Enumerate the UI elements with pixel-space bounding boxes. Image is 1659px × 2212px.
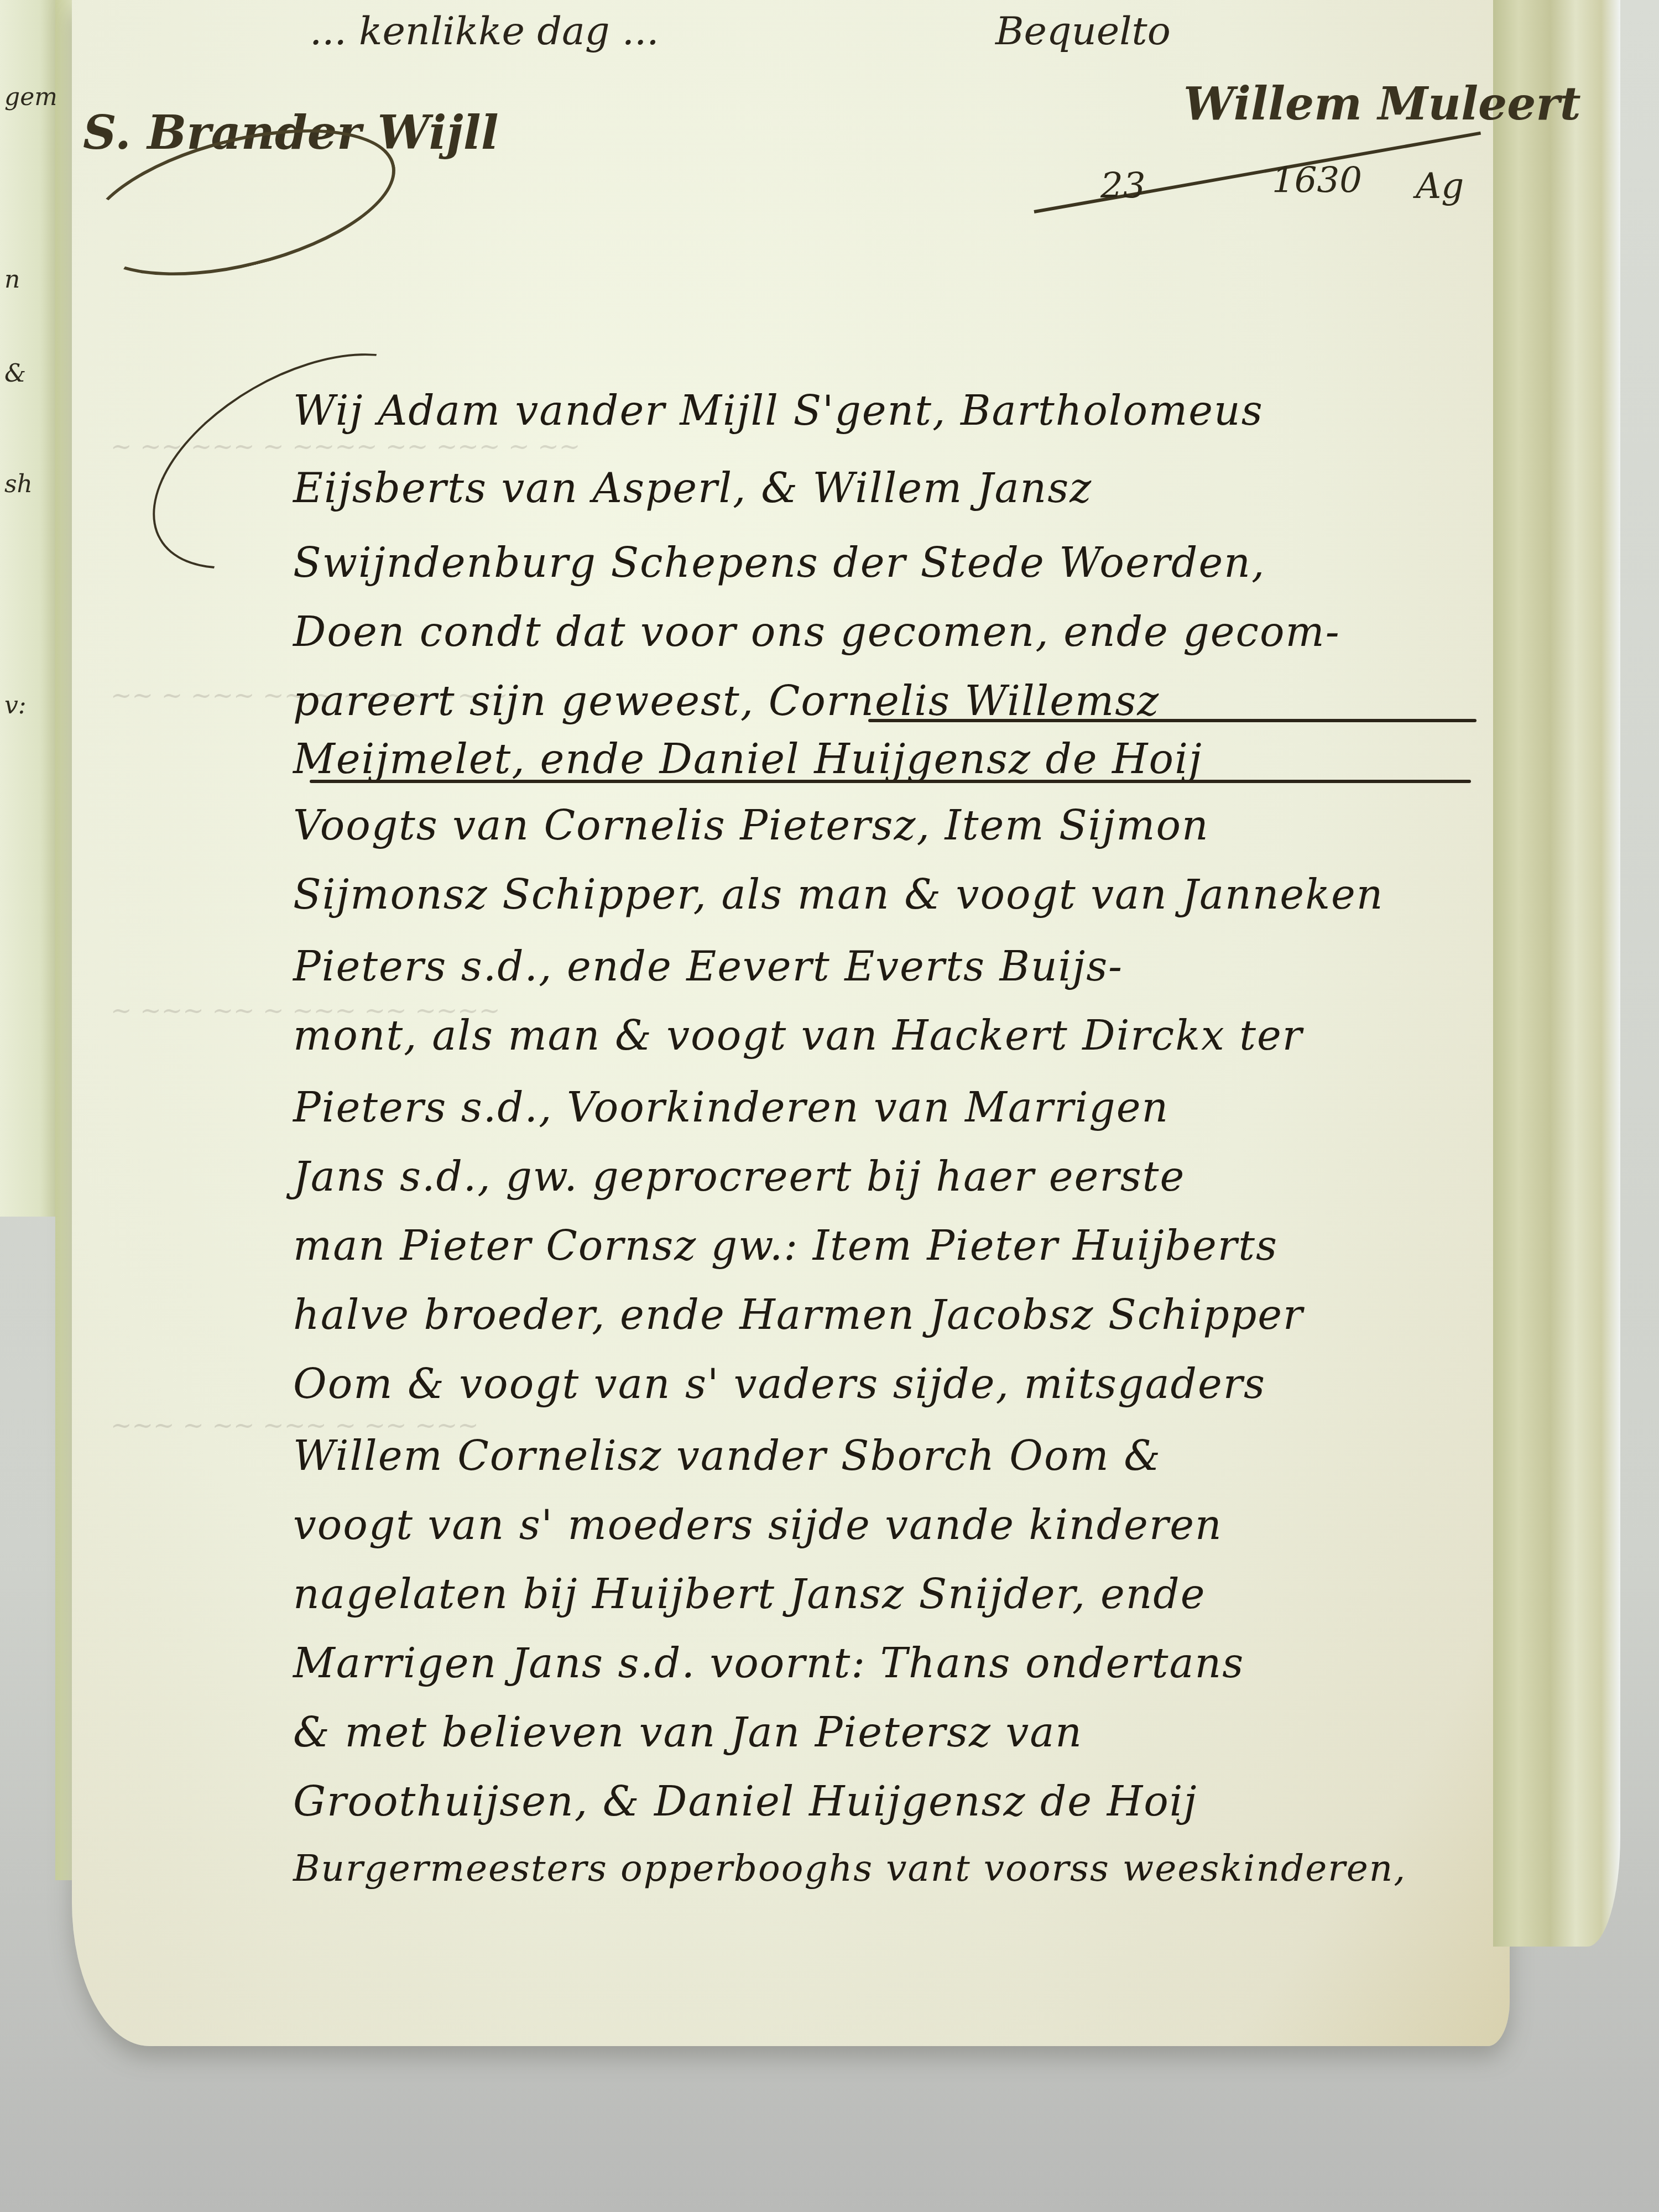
body-line: voogt van s' moeders sijde vande kindere… bbox=[293, 1501, 1488, 1549]
body-line: & met believen van Jan Pietersz van bbox=[293, 1709, 1488, 1756]
underline-rule bbox=[868, 719, 1477, 722]
left-page-fragment: n bbox=[4, 265, 20, 294]
date-day: 23 bbox=[1100, 166, 1145, 207]
header-top-right: Bequelto bbox=[995, 8, 1171, 54]
date-suffix: Ag bbox=[1416, 166, 1464, 207]
date-year: 1630 bbox=[1272, 160, 1362, 201]
body-line: pareert sijn geweest, Cornelis Willemsz bbox=[293, 677, 1488, 725]
left-page-fragment: & bbox=[4, 359, 26, 388]
body-line: mont, als man & voogt van Hackert Dirckx… bbox=[293, 1012, 1488, 1060]
body-line: Wij Adam vander Mijll S'gent, Bartholome… bbox=[293, 387, 1488, 435]
body-line: Voogts van Cornelis Pietersz, Item Sijmo… bbox=[293, 802, 1488, 849]
body-line: Jans s.d., gw. geprocreert bij haer eers… bbox=[293, 1153, 1488, 1201]
underline-rule bbox=[310, 780, 1471, 783]
body-line: Pieters s.d., Voorkinderen van Marrigen bbox=[293, 1084, 1488, 1131]
body-line: Groothuijsen, & Daniel Huijgensz de Hoij bbox=[293, 1778, 1488, 1825]
body-line: Doen condt dat voor ons gecomen, ende ge… bbox=[293, 608, 1488, 656]
body-line-underlined: Meijmelet, ende Daniel Huijgensz de Hoij bbox=[293, 735, 1488, 783]
left-page-fragment: v: bbox=[4, 691, 27, 719]
body-line: halve broeder, ende Harmen Jacobsz Schip… bbox=[293, 1291, 1488, 1339]
body-line: Burgermeesters opperbooghs vant voorss w… bbox=[293, 1847, 1488, 1890]
body-line: Willem Cornelisz vander Sborch Oom & bbox=[293, 1432, 1488, 1480]
body-line: Eijsberts van Asperl, & Willem Jansz bbox=[293, 465, 1488, 512]
body-line: Pieters s.d., ende Eevert Everts Buijs- bbox=[293, 943, 1488, 990]
body-line: man Pieter Cornsz gw.: Item Pieter Huijb… bbox=[293, 1222, 1488, 1270]
body-line: Sijmonsz Schipper, als man & voogt van J… bbox=[293, 871, 1488, 919]
page-stack-edge bbox=[1493, 0, 1620, 1947]
bleed-through-text: ~~~ ~ ~~ ~~~ ~ ~~ ~~~ bbox=[111, 1410, 1383, 1432]
body-line: Oom & voogt van s' vaders sijde, mitsgad… bbox=[293, 1360, 1488, 1408]
signature-right: Willem Muleert bbox=[1183, 77, 1581, 131]
body-line: Marrigen Jans s.d. voornt: Thans onderta… bbox=[293, 1640, 1488, 1687]
header-top-left: ... kenlikke dag ... bbox=[310, 8, 659, 54]
body-line: Swijndenburg Schepens der Stede Woerden, bbox=[293, 539, 1488, 587]
left-page-fragment: sh bbox=[4, 470, 33, 498]
body-line: nagelaten bij Huijbert Jansz Snijder, en… bbox=[293, 1571, 1488, 1618]
